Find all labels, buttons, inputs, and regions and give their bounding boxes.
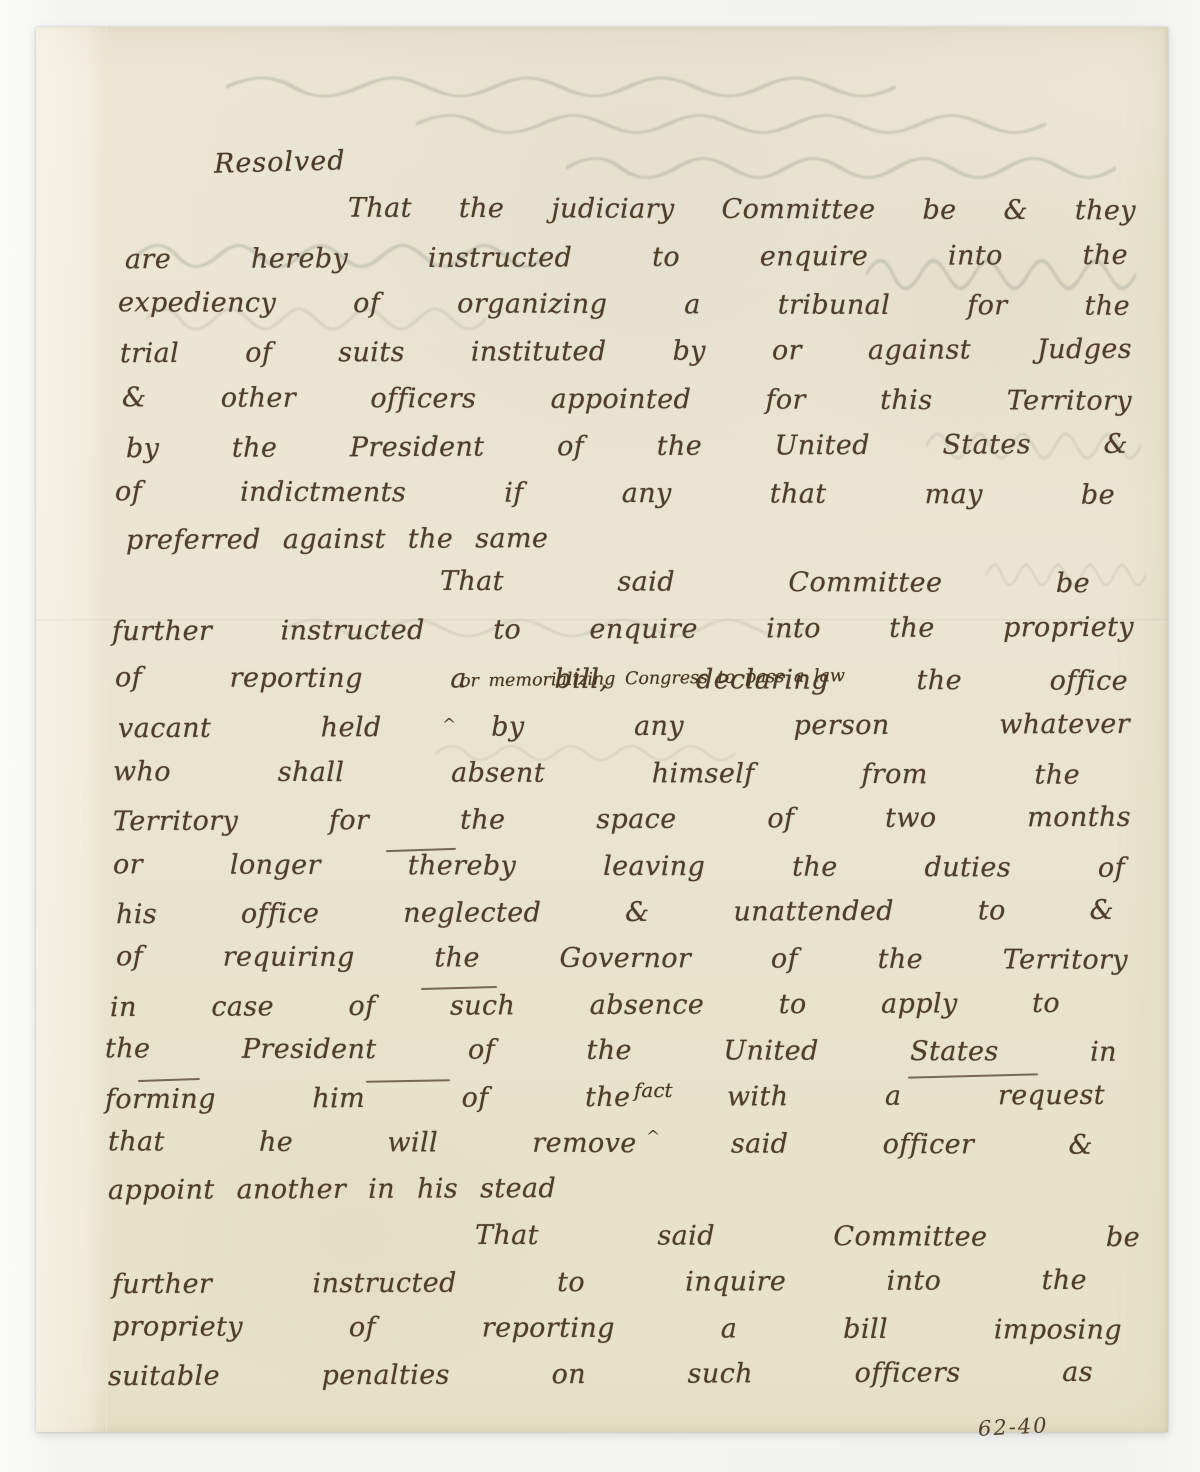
- caret-mark: ^: [442, 715, 456, 735]
- bleedthrough-ghost-writing: [566, 149, 1116, 187]
- manuscript-line: the President of the United States in: [105, 1032, 1117, 1070]
- manuscript-line: forming him of the with a request: [105, 1079, 1105, 1117]
- manuscript-line: further instructed to inquire into the: [112, 1264, 1087, 1302]
- manuscript-line: vacant held by any person whatever: [118, 708, 1130, 746]
- archival-number: 62-40: [977, 1413, 1049, 1441]
- manuscript-line: That said Committee be: [440, 565, 1090, 601]
- manuscript-line: who shall absent himself from the: [113, 755, 1080, 792]
- manuscript-line: that he will remove said officer &: [108, 1125, 1093, 1162]
- manuscript-line: trial of suits instituted by or against …: [120, 333, 1132, 371]
- manuscript-line: his office neglected & unattended to &: [116, 894, 1114, 932]
- manuscript-line: propriety of reporting a bill imposing: [112, 1310, 1122, 1348]
- manuscript-line: & other officers appointed for this Terr…: [122, 381, 1132, 419]
- bleedthrough-ghost-writing: [226, 69, 896, 105]
- strikethrough-mark: [138, 1078, 200, 1082]
- manuscript-line: are hereby instructed to enquire into th…: [125, 239, 1128, 277]
- manuscript-line: suitable penalties on such officers as: [108, 1356, 1093, 1394]
- manuscript-line: Territory for the space of two months: [113, 801, 1131, 839]
- manuscript-line: by the President of the United States &: [126, 428, 1128, 466]
- interlinear-insertion: fact: [634, 1078, 673, 1102]
- caret-mark: ^: [646, 1127, 660, 1147]
- manuscript-page: Resolved That the judiciary Committee be…: [36, 27, 1168, 1432]
- bleedthrough-ghost-writing: [416, 107, 1046, 141]
- manuscript-line: or longer thereby leaving the duties of: [113, 848, 1125, 886]
- paper-fold-strip: [36, 27, 107, 1432]
- manuscript-line: preferred against the same: [126, 522, 548, 558]
- manuscript-line: That the judiciary Committee be & they: [348, 192, 1136, 229]
- manuscript-line: in case of such absence to apply to: [110, 987, 1060, 1025]
- manuscript-line: expediency of organizing a tribunal for …: [118, 286, 1130, 324]
- strikethrough-mark: [908, 1073, 1038, 1078]
- manuscript-line: appoint another in his stead: [108, 1172, 556, 1208]
- manuscript-line: of requiring the Governor of the Territo…: [116, 940, 1128, 978]
- scan-background: Resolved That the judiciary Committee be…: [0, 0, 1200, 1472]
- manuscript-line: That said Committee be: [475, 1219, 1140, 1255]
- manuscript-line: further instructed to enquire into the p…: [112, 611, 1134, 649]
- manuscript-line: of indictments if any that may be: [115, 475, 1115, 512]
- heading-resolved: Resolved: [214, 145, 346, 179]
